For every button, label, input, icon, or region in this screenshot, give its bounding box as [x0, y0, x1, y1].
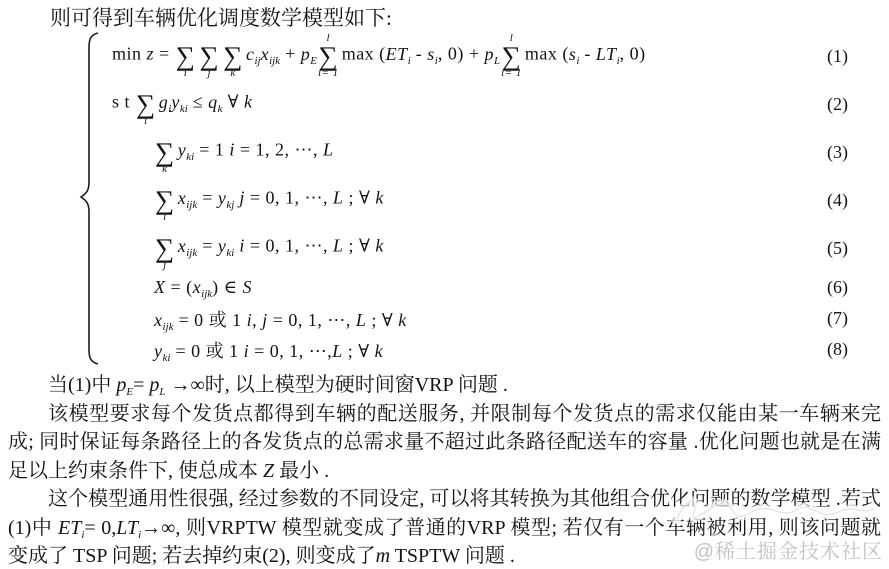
equation-system: min z = ∑i ∑j ∑kcijxijk + pEl∑i= 1max (E…: [86, 32, 881, 365]
equation-formula: ∑kyki = 1 i = 1, 2, ⋯, L: [112, 128, 827, 175]
summation-symbol: l∑i= 1: [318, 32, 339, 79]
equation-number: (4): [827, 190, 881, 211]
equation-number: (3): [827, 142, 881, 163]
equation-formula: s t ∑igiyki ≤ qk ∀ k: [112, 80, 827, 127]
summation-symbol: ∑j: [199, 32, 219, 79]
equation-row: ∑ixijk = ykj j = 0, 1, ⋯, L ; ∀ k(4): [112, 176, 881, 224]
equation-rows: min z = ∑i ∑j ∑kcijxijk + pEl∑i= 1max (E…: [112, 32, 881, 365]
equation-formula: min z = ∑i ∑j ∑kcijxijk + pEl∑i= 1max (E…: [112, 32, 827, 79]
equation-formula: ∑ixijk = ykj j = 0, 1, ⋯, L ; ∀ k: [112, 176, 827, 223]
equation-number: (1): [827, 46, 881, 67]
equation-row: xijk = 0 或 1 i, j = 0, 1, ⋯, L ; ∀ k(7): [112, 303, 881, 334]
equation-row: s t ∑igiyki ≤ qk ∀ k(2): [112, 80, 881, 128]
equation-row: min z = ∑i ∑j ∑kcijxijk + pEl∑i= 1max (E…: [112, 32, 881, 80]
system-brace-icon: [78, 32, 100, 365]
page-container: 则可得到车辆优化调度数学模型如下: min z = ∑i ∑j ∑kcijxij…: [0, 0, 889, 569]
equation-formula: yki = 0 或 1 i = 0, 1, ⋯,L ; ∀ k: [112, 337, 827, 363]
summation-symbol: ∑k: [223, 32, 243, 79]
summation-symbol: ∑k: [155, 128, 175, 175]
summation-symbol: ∑i: [136, 80, 156, 127]
summation-symbol: l∑i= 1: [501, 32, 522, 79]
equation-row: ∑kyki = 1 i = 1, 2, ⋯, L(3): [112, 128, 881, 176]
watermark-text: @稀土掘金技术社区: [694, 535, 883, 564]
equation-number: (6): [827, 277, 881, 298]
equation-number: (7): [827, 308, 881, 329]
equation-formula: ∑jxijk = yki i = 0, 1, ⋯, L ; ∀ k: [112, 224, 827, 271]
equation-formula: X = (xijk) ∈ S: [112, 277, 827, 298]
equation-formula: xijk = 0 或 1 i, j = 0, 1, ⋯, L ; ∀ k: [112, 306, 827, 332]
summation-symbol: ∑i: [155, 176, 175, 223]
paragraph: 该模型要求每个发货点都得到车辆的配送服务, 并限制每个发货点的需求仅能由某一车辆…: [0, 400, 889, 486]
equation-row: X = (xijk) ∈ S(6): [112, 272, 881, 303]
summation-symbol: ∑j: [155, 224, 175, 271]
summation-symbol: ∑i: [176, 32, 196, 79]
equation-number: (5): [827, 238, 881, 259]
equation-row: ∑jxijk = yki i = 0, 1, ⋯, L ; ∀ k(5): [112, 224, 881, 272]
equation-row: yki = 0 或 1 i = 0, 1, ⋯,L ; ∀ k(8): [112, 334, 881, 365]
page-title: 则可得到车辆优化调度数学模型如下:: [0, 0, 889, 31]
equation-number: (2): [827, 94, 881, 115]
equation-number: (8): [827, 339, 881, 360]
paragraph: 当(1)中 pE= pL →∞时, 以上模型为硬时间窗VRP 问题 .: [0, 371, 889, 400]
